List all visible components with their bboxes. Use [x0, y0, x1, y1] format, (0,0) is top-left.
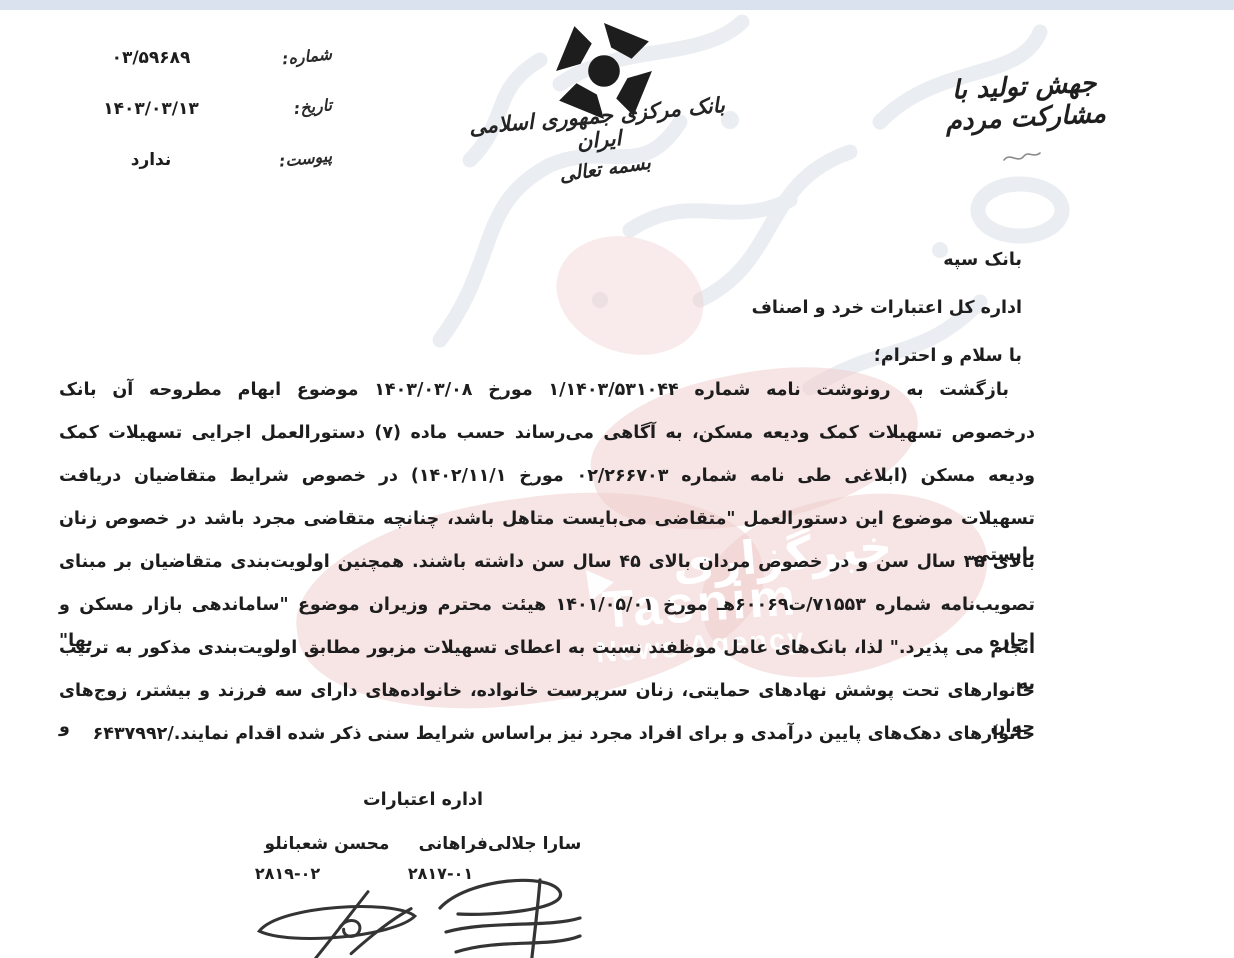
slogan-stamp-signature-icon: [1000, 146, 1044, 168]
scanned-letter-page: خبرگزاری Tasnim News Agency شماره: ۰۳/۵۹…: [0, 0, 1234, 958]
handwritten-signature-icon: [428, 876, 588, 958]
body-line: تسهیلات موضوع این دستورالعمل "متقاضی می‌…: [59, 501, 1035, 544]
recipient-department: اداره کل اعتبارات خرد و اصناف: [752, 284, 1022, 332]
date-value: ۱۴۰۳/۰۳/۱۳: [42, 99, 260, 119]
signer2-code: ۲۸۱۹-۰۲: [235, 864, 340, 883]
date-label: تاریخ:: [259, 95, 333, 121]
body-line: خانوارهای تحت پوشش نهادهای حمایتی، زنان …: [59, 673, 1035, 716]
body-line: تصویب‌نامه شماره ۷۱۵۵۳/ت۶۰۰۶۹هـ مورخ ۱۴۰…: [59, 587, 1035, 630]
letter-meta-block: شماره: ۰۳/۵۹۶۸۹ تاریخ: ۱۴۰۳/۰۳/۱۳ پیوست:…: [42, 32, 332, 185]
body-line: درخصوص تسهیلات کمک ودیعه مسکن، به آگاهی …: [59, 415, 1035, 458]
meta-row-date: تاریخ: ۱۴۰۳/۰۳/۱۳: [42, 83, 332, 134]
recipient-block: بانک سپه اداره کل اعتبارات خرد و اصناف ب…: [752, 236, 1022, 380]
body-line: بالای ۳۵ سال سن و در خصوص مردان بالای ۴۵…: [59, 544, 1035, 587]
body-paragraph: بازگشت به رونوشت نامه شماره ۱/۱۴۰۳/۵۳۱۰۴…: [59, 372, 1035, 759]
year-slogan-calligraphy: جهش تولید با مشارکت مردم: [904, 66, 1147, 141]
signer1-name: سارا جلالی‌فراهانی: [400, 834, 600, 854]
body-line: خانوارهای دهک‌های پایین درآمدی و برای اف…: [59, 716, 1035, 759]
attachment-label: پیوست:: [259, 146, 333, 172]
signature-department-title: اداره اعتبارات: [328, 790, 518, 810]
letter-content: شماره: ۰۳/۵۹۶۸۹ تاریخ: ۱۴۰۳/۰۳/۱۳ پیوست:…: [0, 0, 1234, 958]
number-label: شماره:: [259, 44, 333, 70]
body-line: انجام می پذیرد." لذا، بانک‌های عامل موظف…: [59, 630, 1035, 673]
meta-row-number: شماره: ۰۳/۵۹۶۸۹: [42, 32, 332, 83]
signer2-name: محسن شعبانلو: [252, 834, 402, 854]
body-line: ودیعه مسکن (ابلاغی طی نامه شماره ۰۲/۲۶۶۷…: [59, 458, 1035, 501]
attachment-value: ندارد: [42, 150, 260, 170]
number-value: ۰۳/۵۹۶۸۹: [42, 48, 260, 68]
recipient-bank: بانک سپه: [752, 236, 1022, 284]
body-line: بازگشت به رونوشت نامه شماره ۱/۱۴۰۳/۵۳۱۰۴…: [59, 372, 1035, 415]
meta-row-attachment: پیوست: ندارد: [42, 134, 332, 185]
handwritten-signature-icon: [248, 888, 428, 958]
